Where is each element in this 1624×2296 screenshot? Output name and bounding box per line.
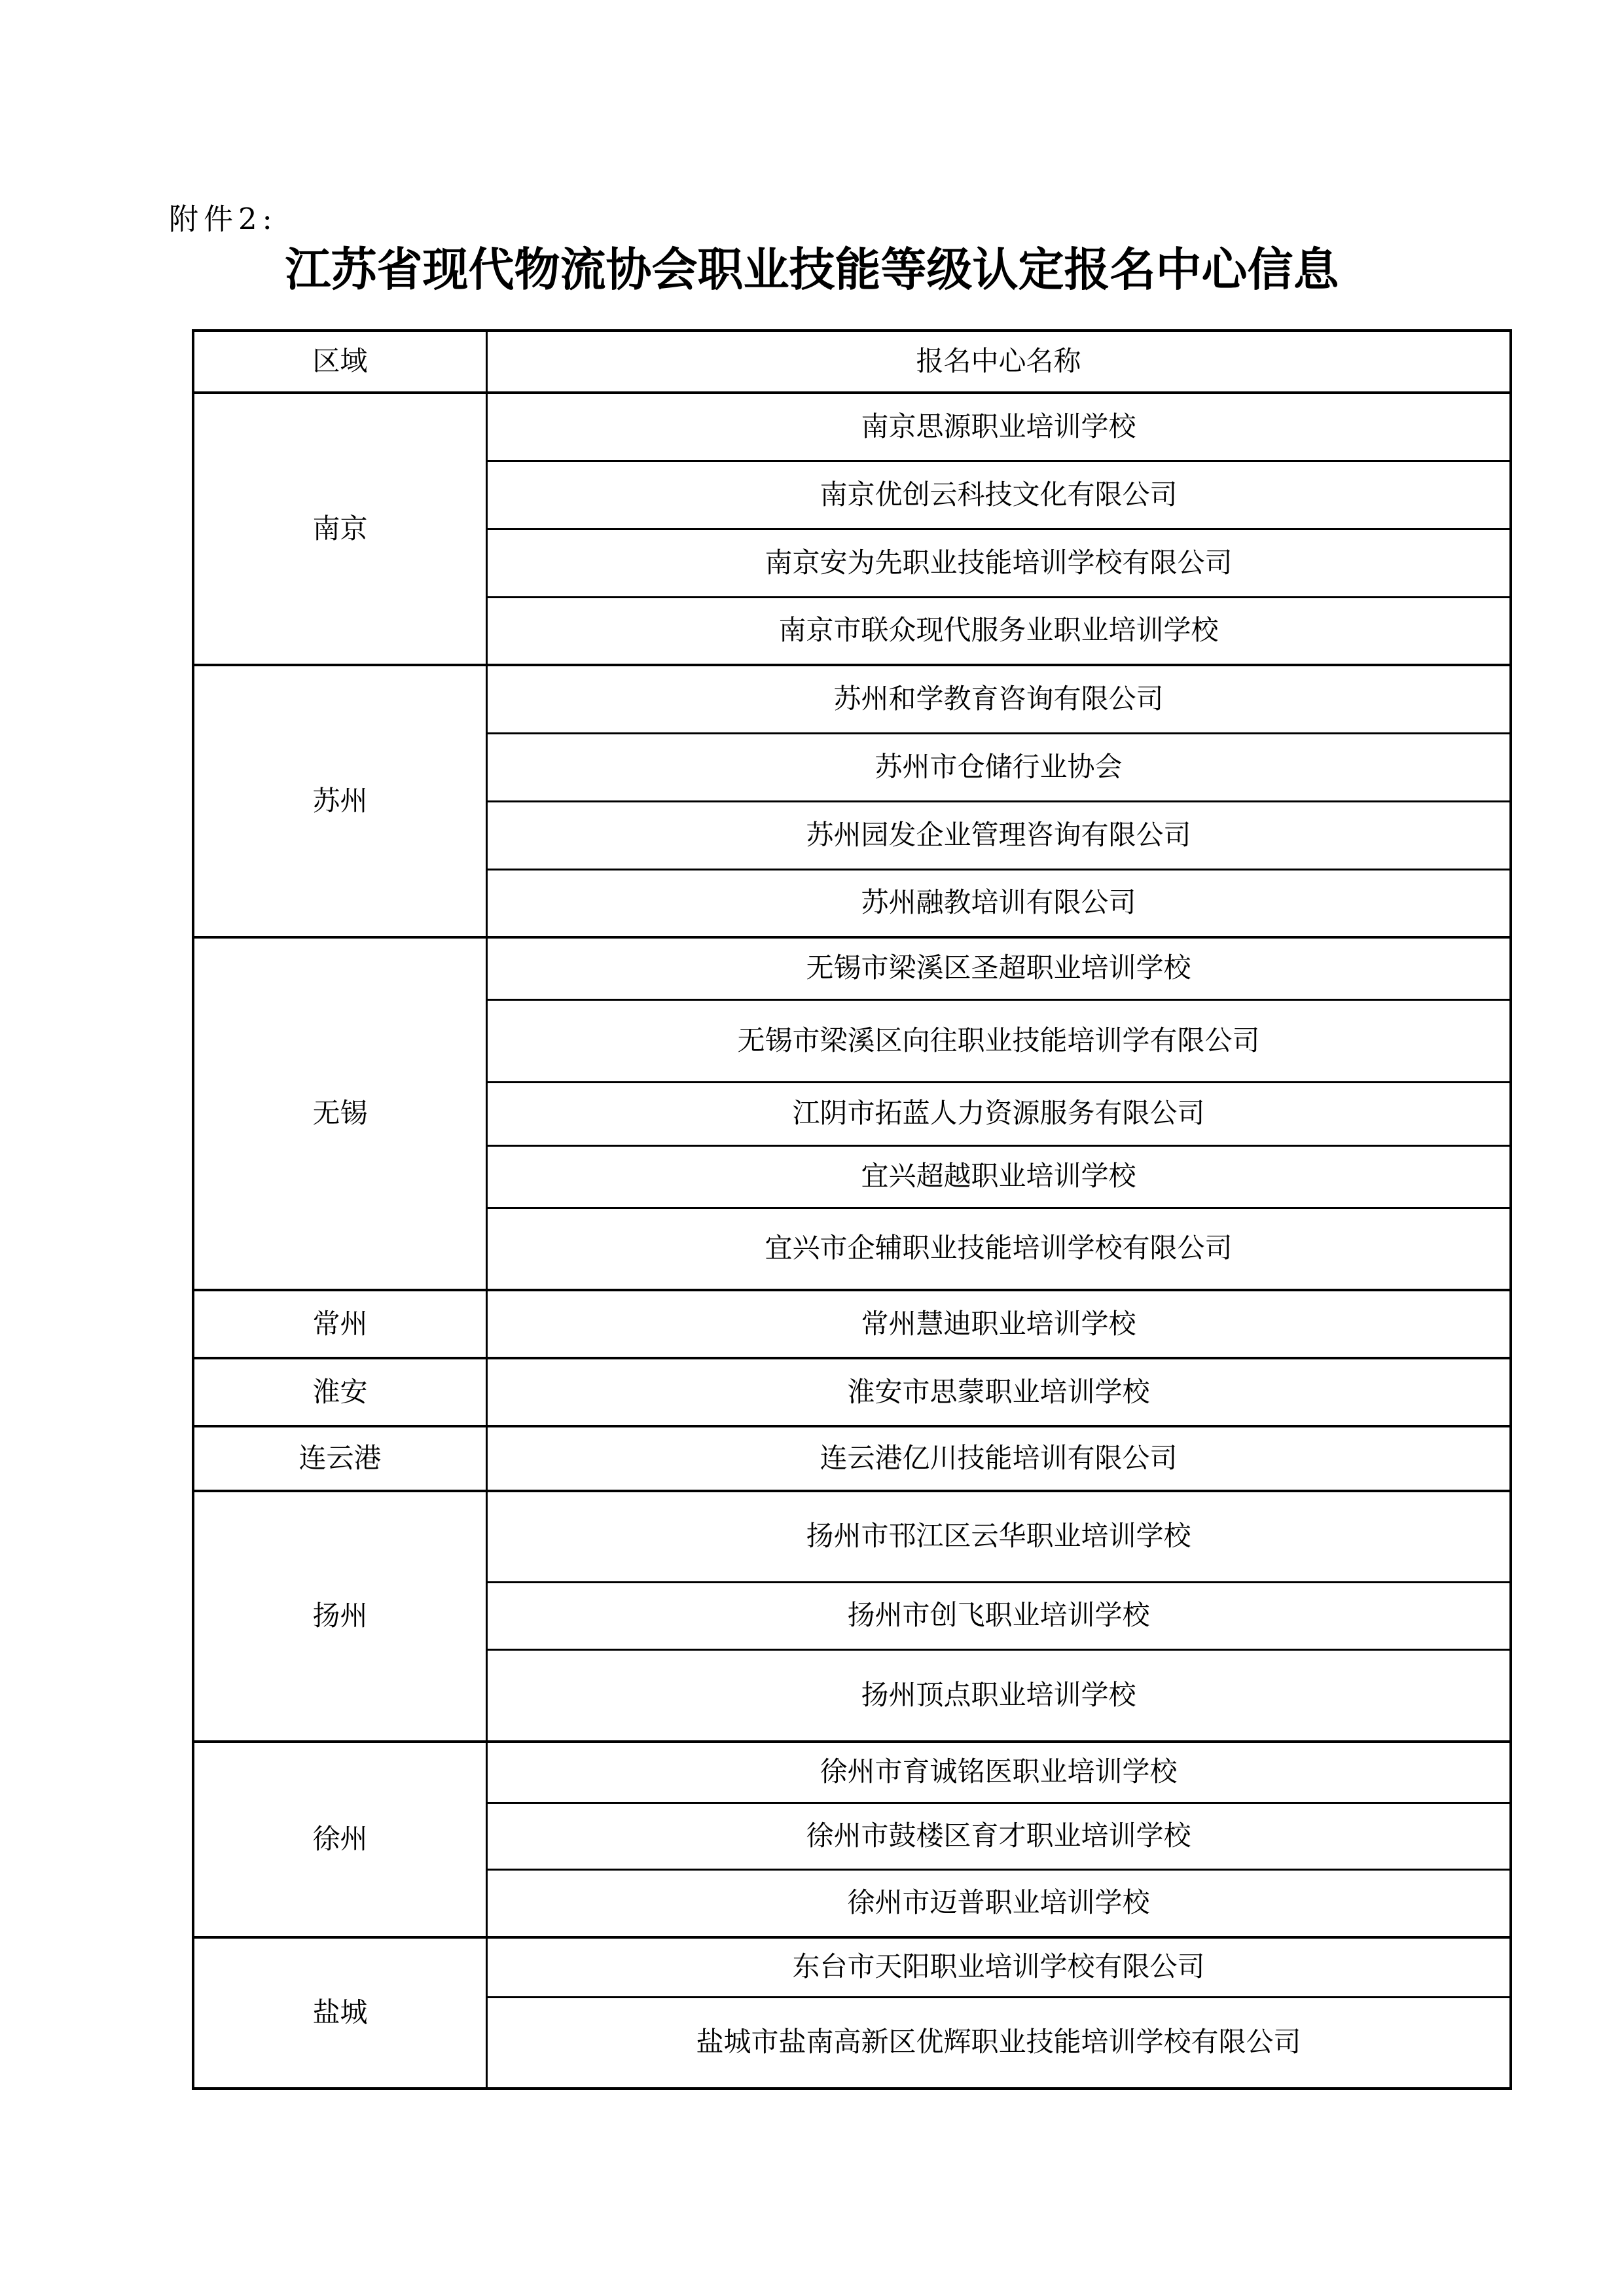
center-cell: 苏州园发企业管理咨询有限公司 bbox=[487, 801, 1511, 869]
center-cell: 徐州市鼓楼区育才职业培训学校 bbox=[487, 1803, 1511, 1869]
center-cell: 苏州市仓储行业协会 bbox=[487, 733, 1511, 801]
region-cell: 连云港 bbox=[193, 1426, 487, 1491]
center-cell: 盐城市盐南高新区优辉职业技能培训学校有限公司 bbox=[487, 1997, 1511, 2089]
table-row: 盐城东台市天阳职业培训学校有限公司 bbox=[193, 1937, 1511, 1997]
region-cell: 无锡 bbox=[193, 937, 487, 1290]
header-row: 区域 报名中心名称 bbox=[193, 331, 1511, 393]
table-row: 常州常州慧迪职业培训学校 bbox=[193, 1290, 1511, 1358]
page-title: 江苏省现代物流协会职业技能等级认定报名中心信息 bbox=[0, 234, 1624, 306]
region-column-header: 区域 bbox=[193, 331, 487, 393]
center-cell: 宜兴超越职业培训学校 bbox=[487, 1145, 1511, 1208]
center-cell: 徐州市迈普职业培训学校 bbox=[487, 1869, 1511, 1937]
table-row: 苏州苏州和学教育咨询有限公司 bbox=[193, 665, 1511, 733]
region-cell: 徐州 bbox=[193, 1742, 487, 1937]
table-row: 南京南京思源职业培训学校 bbox=[193, 393, 1511, 461]
table-row: 无锡无锡市梁溪区圣超职业培训学校 bbox=[193, 937, 1511, 999]
center-cell: 无锡市梁溪区向往职业技能培训学有限公司 bbox=[487, 999, 1511, 1082]
table-row: 淮安淮安市思蒙职业培训学校 bbox=[193, 1358, 1511, 1426]
center-cell: 连云港亿川技能培训有限公司 bbox=[487, 1426, 1511, 1491]
center-cell: 东台市天阳职业培训学校有限公司 bbox=[487, 1937, 1511, 1997]
registration-centers-table: 区域 报名中心名称 南京南京思源职业培训学校南京优创云科技文化有限公司南京安为先… bbox=[192, 329, 1512, 2090]
attachment-label: 附件2: bbox=[169, 203, 278, 236]
center-cell: 宜兴市企辅职业技能培训学校有限公司 bbox=[487, 1208, 1511, 1290]
center-cell: 苏州融教培训有限公司 bbox=[487, 869, 1511, 937]
region-cell: 南京 bbox=[193, 393, 487, 665]
center-cell: 南京思源职业培训学校 bbox=[487, 393, 1511, 461]
region-cell: 淮安 bbox=[193, 1358, 487, 1426]
table-row: 连云港连云港亿川技能培训有限公司 bbox=[193, 1426, 1511, 1491]
region-cell: 苏州 bbox=[193, 665, 487, 937]
center-cell: 江阴市拓蓝人力资源服务有限公司 bbox=[487, 1082, 1511, 1145]
region-cell: 扬州 bbox=[193, 1491, 487, 1742]
table-header: 区域 报名中心名称 bbox=[193, 331, 1511, 393]
center-cell: 淮安市思蒙职业培训学校 bbox=[487, 1358, 1511, 1426]
center-cell: 扬州顶点职业培训学校 bbox=[487, 1649, 1511, 1742]
region-cell: 盐城 bbox=[193, 1937, 487, 2089]
center-cell: 南京市联众现代服务业职业培训学校 bbox=[487, 597, 1511, 665]
region-cell: 常州 bbox=[193, 1290, 487, 1358]
center-column-header: 报名中心名称 bbox=[487, 331, 1511, 393]
table-body: 南京南京思源职业培训学校南京优创云科技文化有限公司南京安为先职业技能培训学校有限… bbox=[193, 393, 1511, 2089]
center-cell: 徐州市育诚铭医职业培训学校 bbox=[487, 1742, 1511, 1803]
center-cell: 扬州市创飞职业培训学校 bbox=[487, 1582, 1511, 1649]
table-row: 徐州徐州市育诚铭医职业培训学校 bbox=[193, 1742, 1511, 1803]
center-cell: 常州慧迪职业培训学校 bbox=[487, 1290, 1511, 1358]
center-cell: 南京安为先职业技能培训学校有限公司 bbox=[487, 529, 1511, 597]
center-cell: 苏州和学教育咨询有限公司 bbox=[487, 665, 1511, 733]
center-cell: 扬州市邗江区云华职业培训学校 bbox=[487, 1491, 1511, 1582]
center-cell: 南京优创云科技文化有限公司 bbox=[487, 461, 1511, 529]
table-row: 扬州扬州市邗江区云华职业培训学校 bbox=[193, 1491, 1511, 1582]
document-page: 附件2: 江苏省现代物流协会职业技能等级认定报名中心信息 区域 报名中心名称 南… bbox=[0, 0, 1624, 2296]
center-cell: 无锡市梁溪区圣超职业培训学校 bbox=[487, 937, 1511, 999]
